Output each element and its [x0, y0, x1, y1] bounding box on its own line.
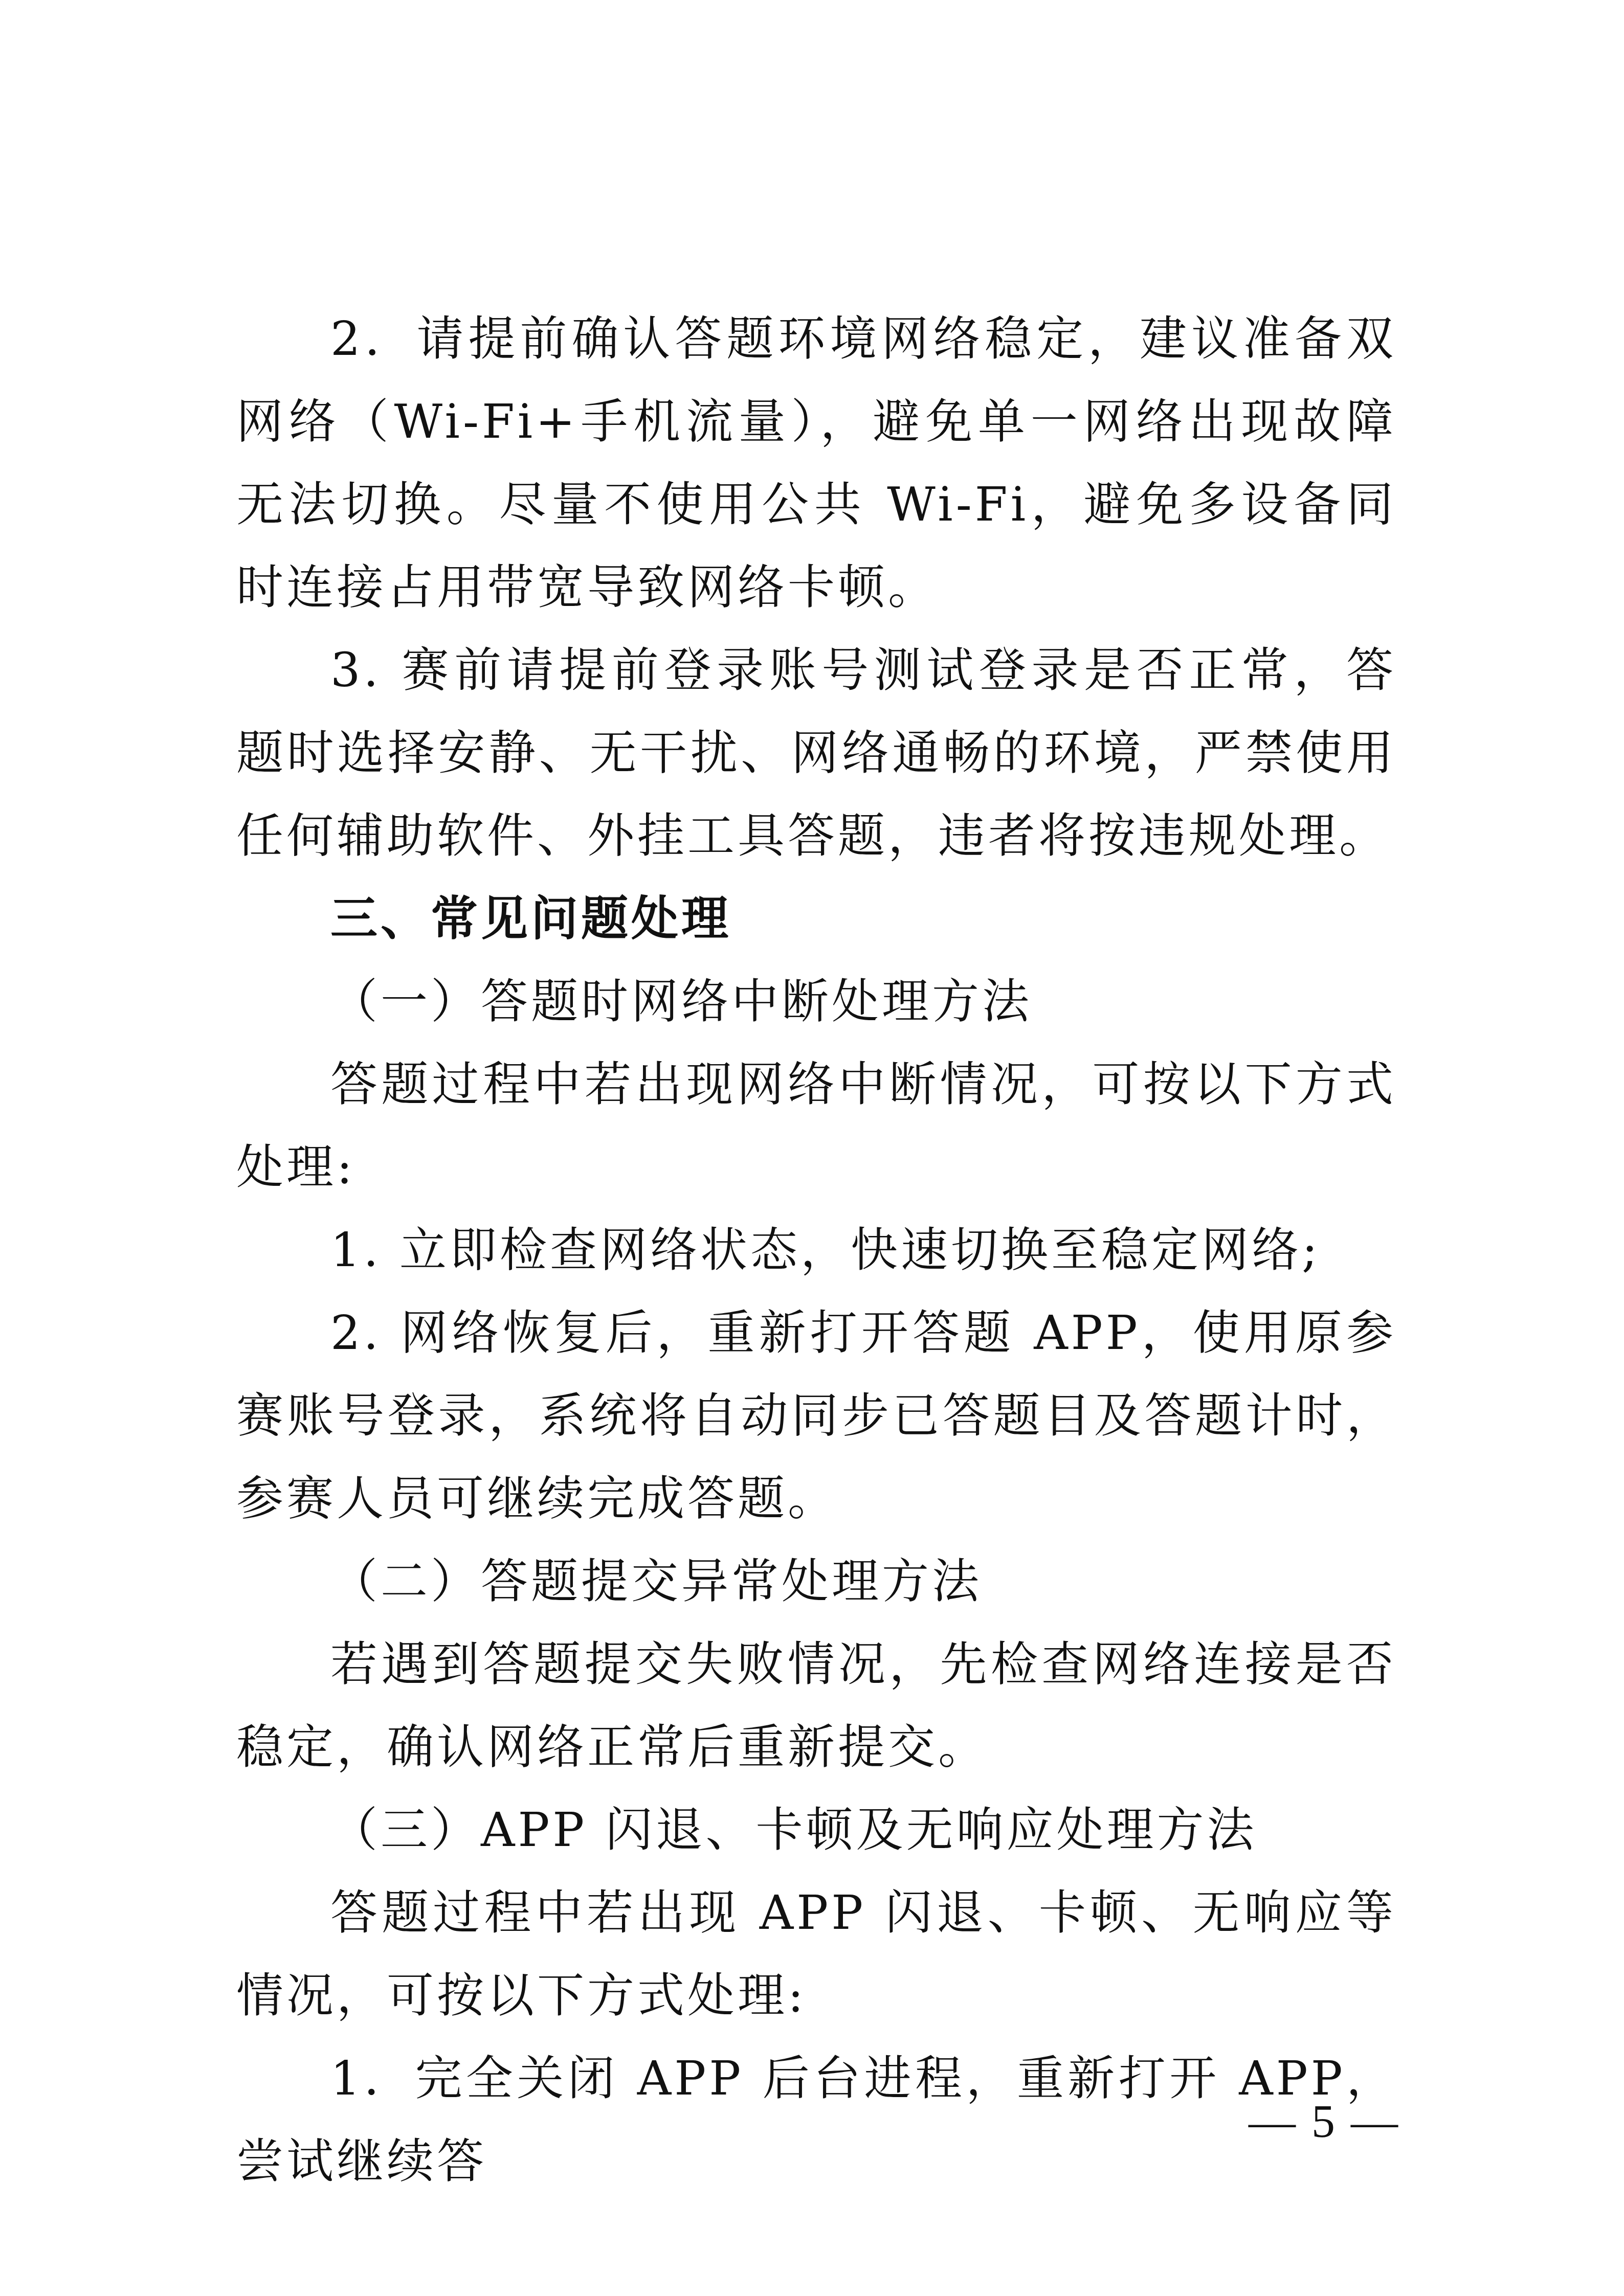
- paragraph-network-step-1: 1. 立即检查网络状态，快速切换至稳定网络;: [236, 1209, 1396, 1292]
- document-body: 2．请提前确认答题环境网络稳定，建议准备双网络（Wi-Fi+手机流量），避免单一…: [236, 298, 1396, 2203]
- paragraph-network-interruption-intro: 答题过程中若出现网络中断情况，可按以下方式处理:: [236, 1043, 1396, 1209]
- paragraph-app-crash-intro: 答题过程中若出现 APP 闪退、卡顿、无响应等情况，可按以下方式处理:: [236, 1872, 1396, 2037]
- section-heading-common-issues: 三、常见问题处理: [236, 877, 1396, 960]
- paragraph-network-step-2: 2. 网络恢复后，重新打开答题 APP，使用原参赛账号登录，系统将自动同步已答题…: [236, 1292, 1396, 1540]
- paragraph-submission-error: 若遇到答题提交失败情况，先检查网络连接是否稳定，确认网络正常后重新提交。: [236, 1623, 1396, 1789]
- page-number: — 5 —: [1249, 2094, 1400, 2148]
- subheading-network-interruption: （一）答题时网络中断处理方法: [236, 960, 1396, 1043]
- subheading-submission-error: （二）答题提交异常处理方法: [236, 1540, 1396, 1623]
- subheading-app-crash: （三）APP 闪退、卡顿及无响应处理方法: [236, 1789, 1396, 1872]
- paragraph-login-test: 3. 赛前请提前登录账号测试登录是否正常，答题时选择安静、无干扰、网络通畅的环境…: [236, 629, 1396, 877]
- document-page: 2．请提前确认答题环境网络稳定，建议准备双网络（Wi-Fi+手机流量），避免单一…: [0, 0, 1624, 2296]
- paragraph-network-stability: 2．请提前确认答题环境网络稳定，建议准备双网络（Wi-Fi+手机流量），避免单一…: [236, 298, 1396, 629]
- paragraph-app-crash-step-1: 1．完全关闭 APP 后台进程，重新打开 APP，尝试继续答: [236, 2037, 1396, 2203]
